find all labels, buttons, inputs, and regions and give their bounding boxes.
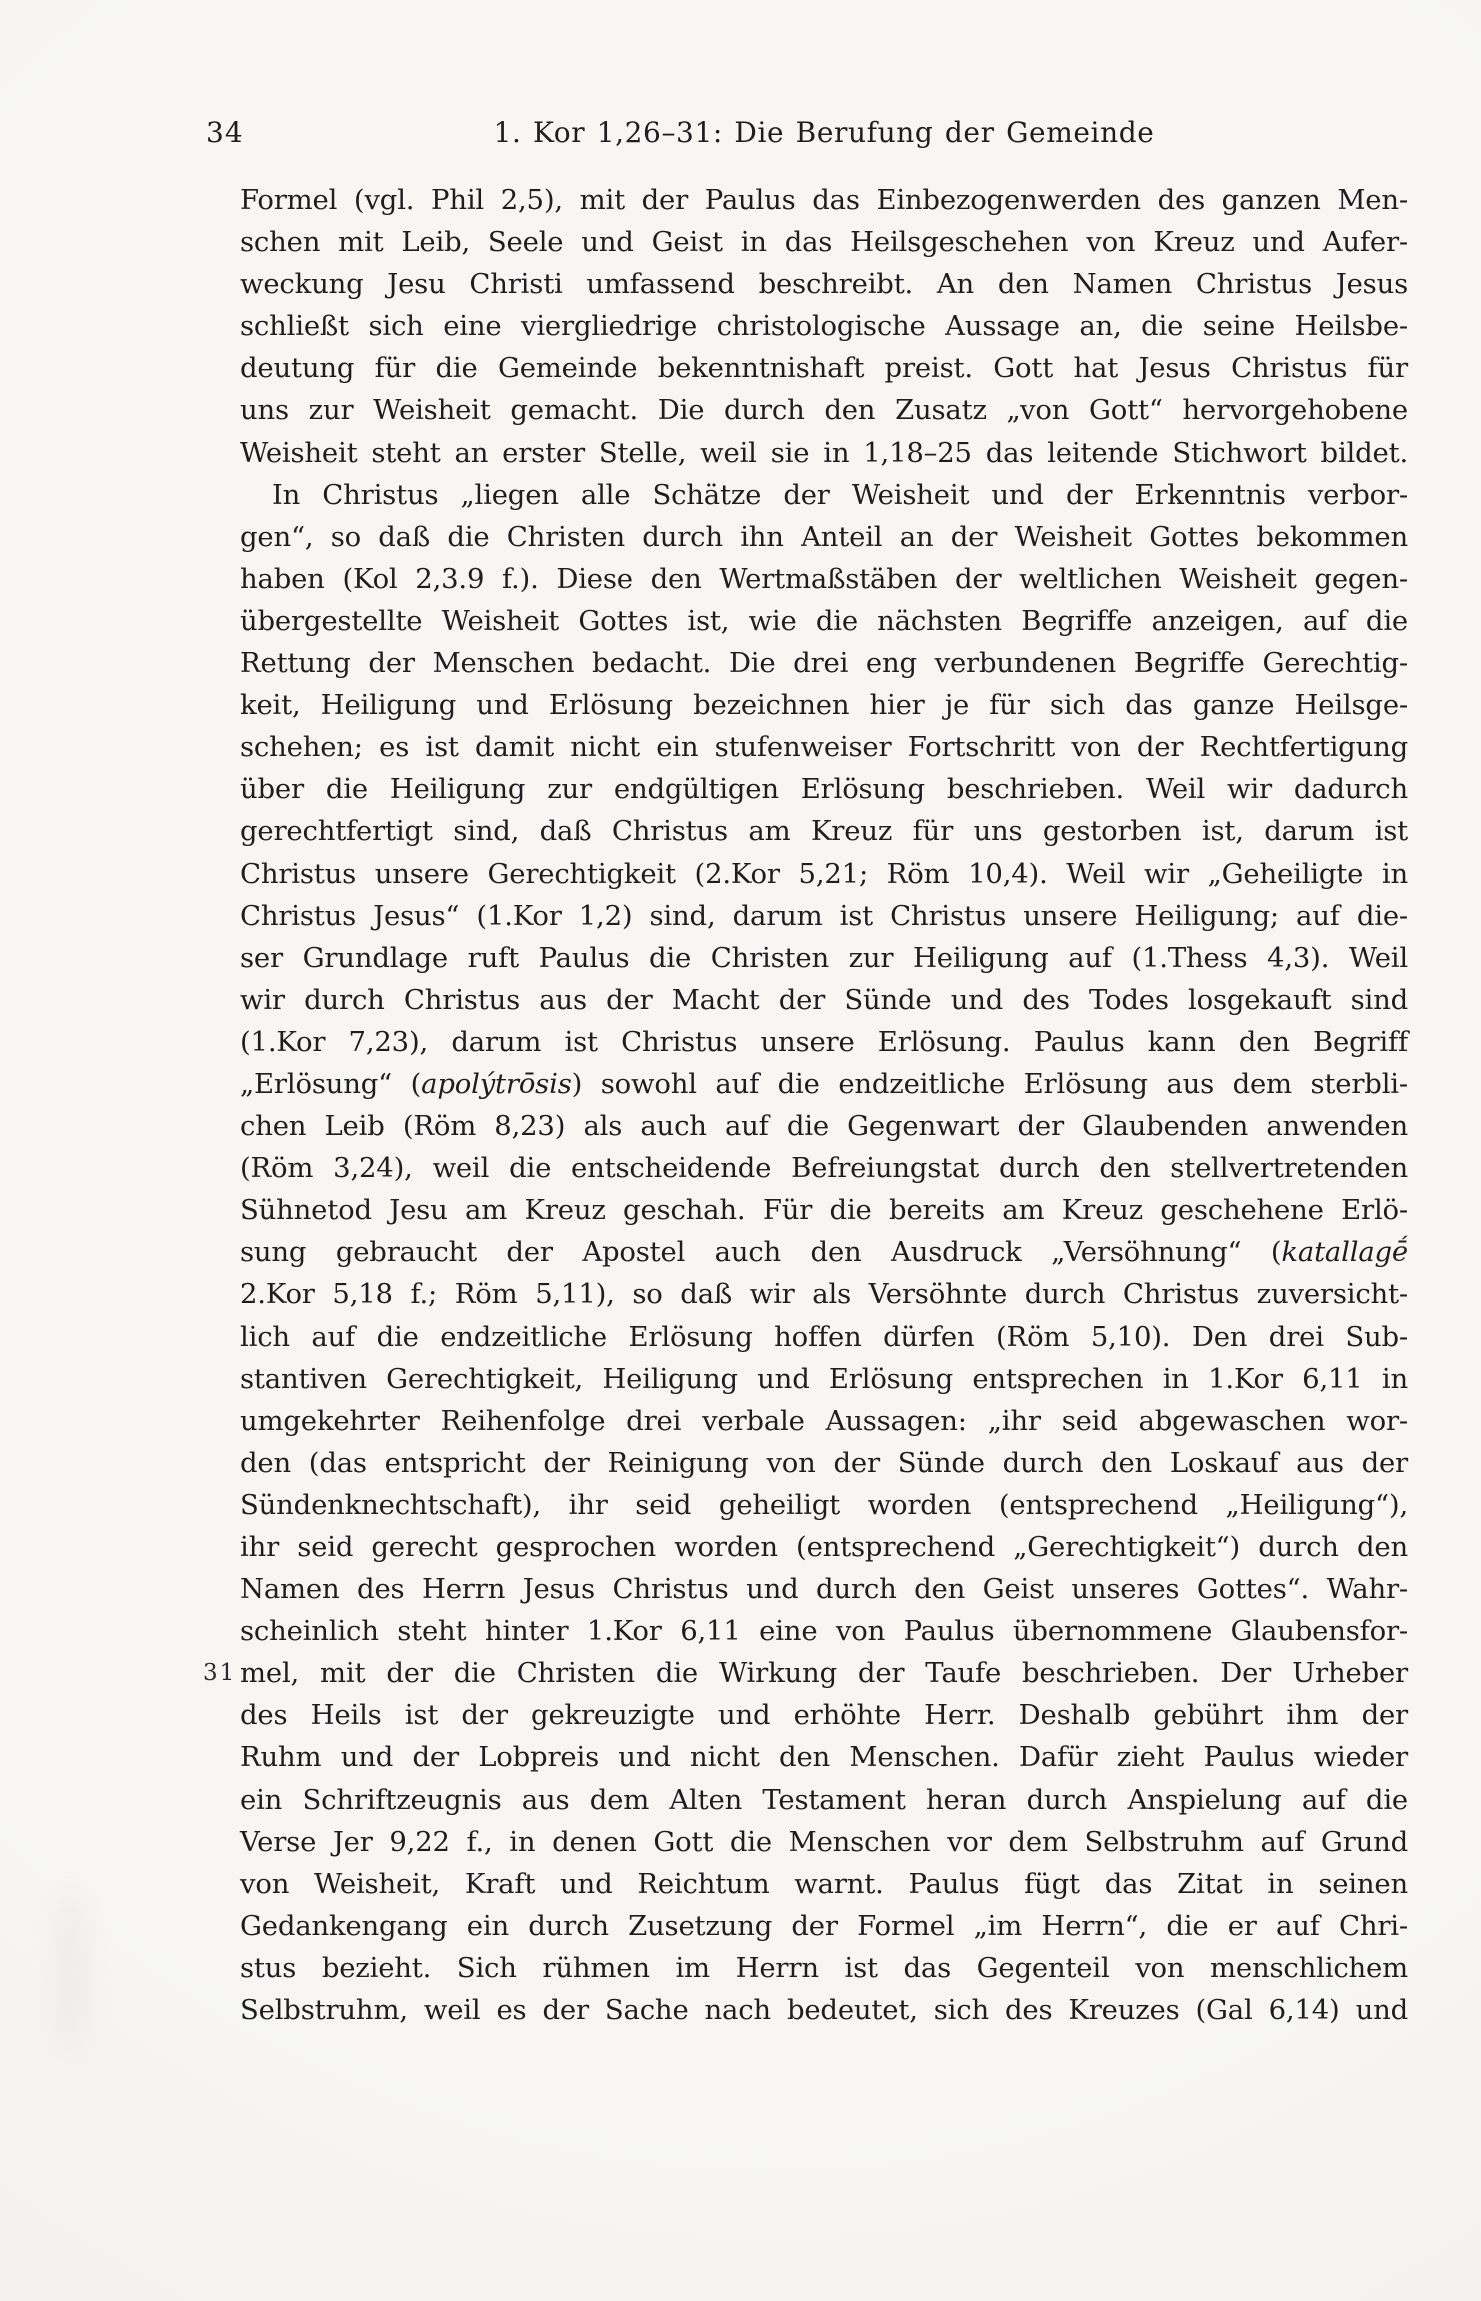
text-line: Weisheit steht an erster Stelle, weil si… — [240, 432, 1408, 474]
line-text: keit, Heiligung und Erlösung bezeichnen … — [240, 689, 1408, 721]
line-text: von Weisheit, Kraft und Reichtum warnt. … — [240, 1868, 1408, 1900]
line-text: Christus Jesus“ (1.Kor 1,2) sind, darum … — [240, 900, 1408, 932]
running-header-title: 1. Kor 1,26–31: Die Berufung der Gemeind… — [240, 116, 1408, 150]
line-text: scheinlich steht hinter 1.Kor 6,11 eine … — [240, 1615, 1408, 1647]
text-line: den (das entspricht der Reinigung von de… — [240, 1442, 1408, 1484]
line-text: ) sowohl auf die endzeitliche Erlösung a… — [572, 1068, 1408, 1100]
text-line: weckung Jesu Christi umfassend beschreib… — [240, 263, 1408, 305]
text-line: gen“, so daß die Christen durch ihn Ante… — [240, 516, 1408, 558]
text-line: stus bezieht. Sich rühmen im Herrn ist d… — [240, 1947, 1408, 1989]
line-text: „Erlösung“ ( — [240, 1068, 421, 1100]
line-text: Weisheit steht an erster Stelle, weil si… — [240, 437, 1408, 469]
line-text: ihr seid gerecht gesprochen worden (ents… — [240, 1531, 1408, 1563]
line-text: In Christus „liegen alle Schätze der Wei… — [272, 479, 1408, 511]
text-line: uns zur Weisheit gemacht. Die durch den … — [240, 389, 1408, 431]
text-line: ein Schriftzeugnis aus dem Alten Testame… — [240, 1779, 1408, 1821]
line-text: weckung Jesu Christi umfassend beschreib… — [240, 268, 1408, 300]
text-line: übergestellte Weisheit Gottes ist, wie d… — [240, 600, 1408, 642]
verse-margin-number: 31 — [203, 1652, 236, 1694]
text-line: schließt sich eine viergliedrige christo… — [240, 305, 1408, 347]
text-line: Rettung der Menschen bedacht. Die drei e… — [240, 642, 1408, 684]
line-text: Formel (vgl. Phil 2,5), mit der Paulus d… — [240, 184, 1408, 216]
transliterated-greek-term: katallagḗ — [1281, 1236, 1408, 1268]
line-text: 2.Kor 5,18 f.; Röm 5,11), so daß wir als… — [240, 1278, 1408, 1310]
body-text: Formel (vgl. Phil 2,5), mit der Paulus d… — [240, 179, 1408, 2031]
line-text: sung gebraucht der Apostel auch den Ausd… — [240, 1236, 1281, 1268]
text-line: „Erlösung“ (apolýtrōsis) sowohl auf die … — [240, 1063, 1408, 1105]
text-line: Namen des Herrn Jesus Christus und durch… — [240, 1568, 1408, 1610]
line-text: umgekehrter Reihenfolge drei verbale Aus… — [240, 1405, 1408, 1437]
line-text: Christus unsere Gerechtigkeit (2.Kor 5,2… — [240, 858, 1408, 890]
text-line: Christus unsere Gerechtigkeit (2.Kor 5,2… — [240, 853, 1408, 895]
line-text: Selbstruhm, weil es der Sache nach bedeu… — [240, 1994, 1408, 2026]
line-text: ser Grundlage ruft Paulus die Christen z… — [240, 942, 1408, 974]
text-line: Ruhm und der Lobpreis und nicht den Mens… — [240, 1736, 1408, 1778]
line-text: Namen des Herrn Jesus Christus und durch… — [240, 1573, 1408, 1605]
text-line: schen mit Leib, Seele und Geist in das H… — [240, 221, 1408, 263]
text-line: sung gebraucht der Apostel auch den Ausd… — [240, 1231, 1408, 1273]
line-text: chen Leib (Röm 8,23) als auch auf die Ge… — [240, 1110, 1408, 1142]
line-text: (1.Kor 7,23), darum ist Christus unsere … — [240, 1026, 1408, 1058]
line-text: schehen; es ist damit nicht ein stufenwe… — [240, 731, 1408, 763]
page-number: 34 — [206, 116, 244, 150]
line-text: Sündenknechtschaft), ihr seid geheiligt … — [240, 1489, 1408, 1521]
text-line: schehen; es ist damit nicht ein stufenwe… — [240, 726, 1408, 768]
line-text: schließt sich eine viergliedrige christo… — [240, 310, 1408, 342]
line-text: wir durch Christus aus der Macht der Sün… — [240, 984, 1408, 1016]
line-text: gerechtfertigt sind, daß Christus am Kre… — [240, 815, 1408, 847]
line-text: stus bezieht. Sich rühmen im Herrn ist d… — [240, 1952, 1408, 1984]
text-line: von Weisheit, Kraft und Reichtum warnt. … — [240, 1863, 1408, 1905]
line-text: haben (Kol 2,3.9 f.). Diese den Wertmaßs… — [240, 563, 1408, 595]
text-line: lich auf die endzeitliche Erlösung hoffe… — [240, 1316, 1408, 1358]
line-text: ein Schriftzeugnis aus dem Alten Testame… — [240, 1784, 1408, 1816]
text-line: deutung für die Gemeinde bekenntnishaft … — [240, 347, 1408, 389]
line-text: den (das entspricht der Reinigung von de… — [240, 1447, 1408, 1479]
line-text: Rettung der Menschen bedacht. Die drei e… — [240, 647, 1408, 679]
line-text: mel, mit der die Christen die Wirkung de… — [240, 1657, 1408, 1689]
line-text: lich auf die endzeitliche Erlösung hoffe… — [240, 1321, 1408, 1353]
line-text: Ruhm und der Lobpreis und nicht den Mens… — [240, 1741, 1408, 1773]
text-line: des Heils ist der gekreuzigte und erhöht… — [240, 1694, 1408, 1736]
text-line: ihr seid gerecht gesprochen worden (ents… — [240, 1526, 1408, 1568]
text-line: über die Heiligung zur endgültigen Erlös… — [240, 768, 1408, 810]
scan-artifact — [58, 1890, 84, 2060]
line-text: Sühnetod Jesu am Kreuz geschah. Für die … — [240, 1194, 1408, 1226]
text-line: gerechtfertigt sind, daß Christus am Kre… — [240, 810, 1408, 852]
line-text: stantiven Gerechtigkeit, Heiligung und E… — [240, 1363, 1408, 1395]
text-line: Verse Jer 9,22 f., in denen Gott die Men… — [240, 1821, 1408, 1863]
text-line: scheinlich steht hinter 1.Kor 6,11 eine … — [240, 1610, 1408, 1652]
text-line: Gedankengang ein durch Zusetzung der For… — [240, 1905, 1408, 1947]
line-text: schen mit Leib, Seele und Geist in das H… — [240, 226, 1408, 258]
line-text: deutung für die Gemeinde bekenntnishaft … — [240, 352, 1408, 384]
text-line: stantiven Gerechtigkeit, Heiligung und E… — [240, 1358, 1408, 1400]
text-line: Sühnetod Jesu am Kreuz geschah. Für die … — [240, 1189, 1408, 1231]
line-text: Verse Jer 9,22 f., in denen Gott die Men… — [240, 1826, 1408, 1858]
line-text: gen“, so daß die Christen durch ihn Ante… — [240, 521, 1408, 553]
text-line: In Christus „liegen alle Schätze der Wei… — [240, 474, 1408, 516]
line-text: über die Heiligung zur endgültigen Erlös… — [240, 773, 1408, 805]
text-line: 31mel, mit der die Christen die Wirkung … — [240, 1652, 1408, 1694]
text-line: ser Grundlage ruft Paulus die Christen z… — [240, 937, 1408, 979]
text-line: 2.Kor 5,18 f.; Röm 5,11), so daß wir als… — [240, 1273, 1408, 1315]
text-line: Christus Jesus“ (1.Kor 1,2) sind, darum … — [240, 895, 1408, 937]
text-line: (1.Kor 7,23), darum ist Christus unsere … — [240, 1021, 1408, 1063]
line-text: uns zur Weisheit gemacht. Die durch den … — [240, 394, 1408, 426]
text-line: keit, Heiligung und Erlösung bezeichnen … — [240, 684, 1408, 726]
text-line: chen Leib (Röm 8,23) als auch auf die Ge… — [240, 1105, 1408, 1147]
text-line: Sündenknechtschaft), ihr seid geheiligt … — [240, 1484, 1408, 1526]
text-line: (Röm 3,24), weil die entscheidende Befre… — [240, 1147, 1408, 1189]
line-text: Gedankengang ein durch Zusetzung der For… — [240, 1910, 1408, 1942]
line-text: des Heils ist der gekreuzigte und erhöht… — [240, 1699, 1408, 1731]
text-line: wir durch Christus aus der Macht der Sün… — [240, 979, 1408, 1021]
text-line: haben (Kol 2,3.9 f.). Diese den Wertmaßs… — [240, 558, 1408, 600]
line-text: übergestellte Weisheit Gottes ist, wie d… — [240, 605, 1408, 637]
text-line: Formel (vgl. Phil 2,5), mit der Paulus d… — [240, 179, 1408, 221]
transliterated-greek-term: apolýtrōsis — [421, 1068, 571, 1100]
text-line: umgekehrter Reihenfolge drei verbale Aus… — [240, 1400, 1408, 1442]
line-text: (Röm 3,24), weil die entscheidende Befre… — [240, 1152, 1408, 1184]
scanned-book-page: 34 1. Kor 1,26–31: Die Berufung der Geme… — [0, 0, 1481, 2301]
text-line: Selbstruhm, weil es der Sache nach bedeu… — [240, 1989, 1408, 2031]
